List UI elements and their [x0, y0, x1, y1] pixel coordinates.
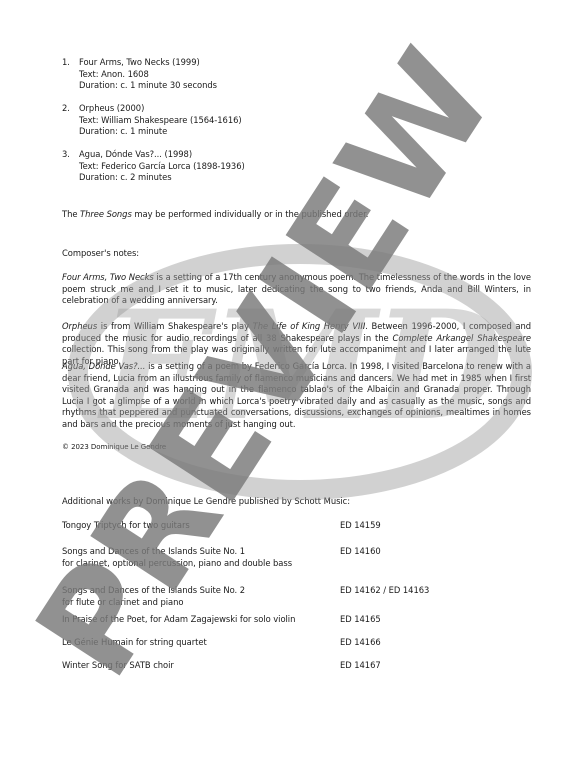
- note-agua-body: is a setting of a poem by Federico Garcí…: [62, 361, 531, 429]
- song-duration: Duration: c. 1 minute: [79, 126, 242, 138]
- work-edition-number: ED 14162 / ED 14163: [340, 585, 429, 597]
- performance-note: The Three Songs may be performed individ…: [62, 209, 368, 221]
- work-edition-number: ED 14165: [340, 614, 381, 626]
- additional-works-heading: Additional works by Dominique Le Gendre …: [62, 496, 350, 508]
- work-edition-number: ED 14166: [340, 637, 381, 649]
- performance-note-prefix: The: [62, 209, 80, 219]
- note-orpheus-text-1: is from William Shakespeare's play: [97, 321, 253, 331]
- song-title: Orpheus (2000): [79, 103, 242, 115]
- note-four-arms-title: Four Arms, Two Necks: [62, 272, 154, 282]
- note-orpheus-play-title: The Life of King Henry VIII: [253, 321, 366, 331]
- work-title: Tongoy Triptych for two guitars: [62, 520, 190, 532]
- work-title: Le Génie Humain for string quartet: [62, 637, 207, 649]
- work-title: Winter Song for SATB choir: [62, 660, 174, 672]
- work-edition-number: ED 14159: [340, 520, 381, 532]
- note-four-arms: Four Arms, Two Necks is a setting of a 1…: [62, 272, 531, 307]
- song-duration: Duration: c. 2 minutes: [79, 172, 245, 184]
- song-text-author: Text: William Shakespeare (1564-1616): [79, 115, 242, 127]
- song-text-author: Text: Anon. 1608: [79, 69, 217, 81]
- document-page: 1. Four Arms, Two Necks (1999) Text: Ano…: [0, 0, 586, 768]
- work-subtitle: for clarinet, optional percussion, piano…: [62, 558, 292, 570]
- work-edition-number: ED 14167: [340, 660, 381, 672]
- composers-notes-heading: Composer's notes:: [62, 248, 139, 260]
- work-title: In Praise of the Poet, for Adam Zagajews…: [62, 614, 295, 626]
- song-text-author: Text: Federico García Lorca (1898-1936): [79, 161, 245, 173]
- note-agua: Agua, Dónde Vas?... is a setting of a po…: [62, 361, 531, 431]
- work-subtitle: for flute or clarinet and piano: [62, 597, 183, 609]
- song-number: 1.: [62, 57, 70, 69]
- song-title: Four Arms, Two Necks (1999): [79, 57, 217, 69]
- work-title: Songs and Dances of the Islands Suite No…: [62, 585, 245, 597]
- work-title: Songs and Dances of the Islands Suite No…: [62, 546, 245, 558]
- copyright-notice: © 2023 Dominique Le Gendre: [62, 442, 166, 454]
- performance-note-italic: Three Songs: [80, 209, 132, 219]
- performance-note-suffix: may be performed individually or in the …: [132, 209, 369, 219]
- note-agua-title: Agua, Dónde Vas?...: [62, 361, 145, 371]
- song-duration: Duration: c. 1 minute 30 seconds: [79, 80, 217, 92]
- song-number: 3.: [62, 149, 70, 161]
- song-title: Agua, Dónde Vas?... (1998): [79, 149, 245, 161]
- note-orpheus-collection-title: Complete Arkangel Shakespeare: [393, 333, 531, 343]
- work-edition-number: ED 14160: [340, 546, 381, 558]
- note-orpheus-title: Orpheus: [62, 321, 97, 331]
- song-number: 2.: [62, 103, 70, 115]
